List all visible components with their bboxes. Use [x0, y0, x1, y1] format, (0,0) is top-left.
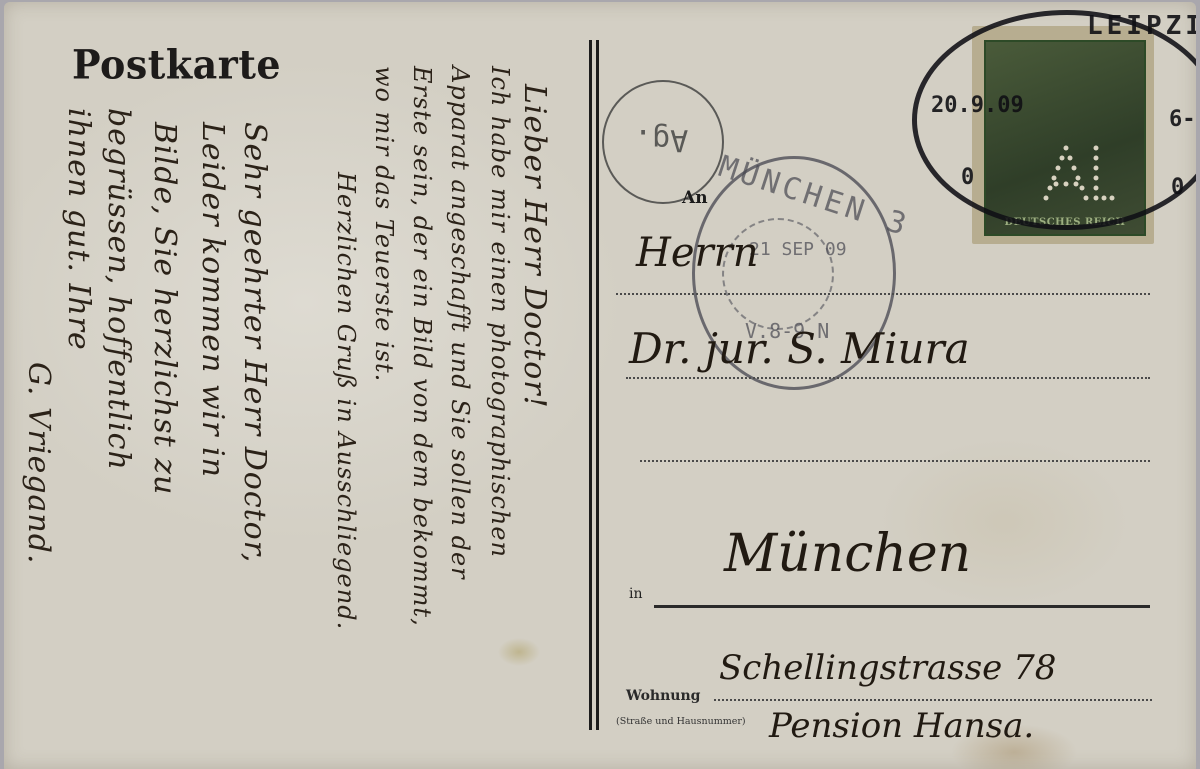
city-line	[654, 605, 1150, 608]
city-label: in	[629, 586, 643, 602]
address-line	[616, 293, 1150, 295]
recipient-city: München	[724, 524, 971, 584]
message-line: begrüssen, hoffentlich	[101, 108, 136, 471]
message-line: Erste sein, der ein Bild von dem bekommt…	[408, 66, 436, 627]
message-line: wo mir das Teuerste ist.	[370, 66, 398, 382]
message-line: Leider kommen wir in	[195, 122, 230, 478]
message-line: Sehr geehrter Herr Doctor,	[237, 122, 272, 563]
address-label: An	[682, 188, 708, 208]
postmark-city: LEIPZIG	[1087, 11, 1196, 41]
recipient-name: Dr. jur. S. Miura	[629, 324, 970, 373]
handwritten-message: Lieber Herr Doctor! Ich habe mir einen p…	[4, 2, 584, 769]
message-line: Apparat angeschafft und Sie sollen der	[446, 66, 474, 580]
address-line	[640, 460, 1150, 462]
message-line: G. Vriegand.	[21, 362, 56, 564]
residence-sublabel: (Straße und Hausnummer)	[616, 716, 746, 727]
residence-line	[714, 699, 1152, 701]
postcard: Postkarte Lieber Herr Doctor! Ich habe m…	[4, 2, 1196, 769]
postmark-date: 20.9.09	[931, 93, 1024, 118]
recipient-salutation: Herrn	[636, 230, 759, 276]
message-line: Herzlichen Gruß in Ausschliegend.	[332, 172, 360, 630]
recipient-street: Schellingstrasse 78	[719, 648, 1056, 688]
message-line: Lieber Herr Doctor!	[517, 84, 552, 409]
message-line: Bilde, Sie herzlichst zu	[147, 122, 182, 495]
message-line: Ich habe mir einen photographischen	[486, 66, 514, 558]
recipient-lodging: Pension Hansa.	[769, 706, 1034, 746]
message-line: ihnen gut. Ihre	[61, 108, 96, 351]
postmark-ag: Ag.	[602, 80, 724, 204]
divider-line	[596, 40, 599, 730]
residence-label: Wohnung	[626, 688, 700, 704]
divider-line	[589, 40, 592, 730]
postmark-time: 6-7	[1169, 107, 1196, 132]
postmark-leipzig: LEIPZIG 20.9.09 6-7 0 0	[912, 10, 1196, 230]
address-line	[626, 377, 1150, 379]
